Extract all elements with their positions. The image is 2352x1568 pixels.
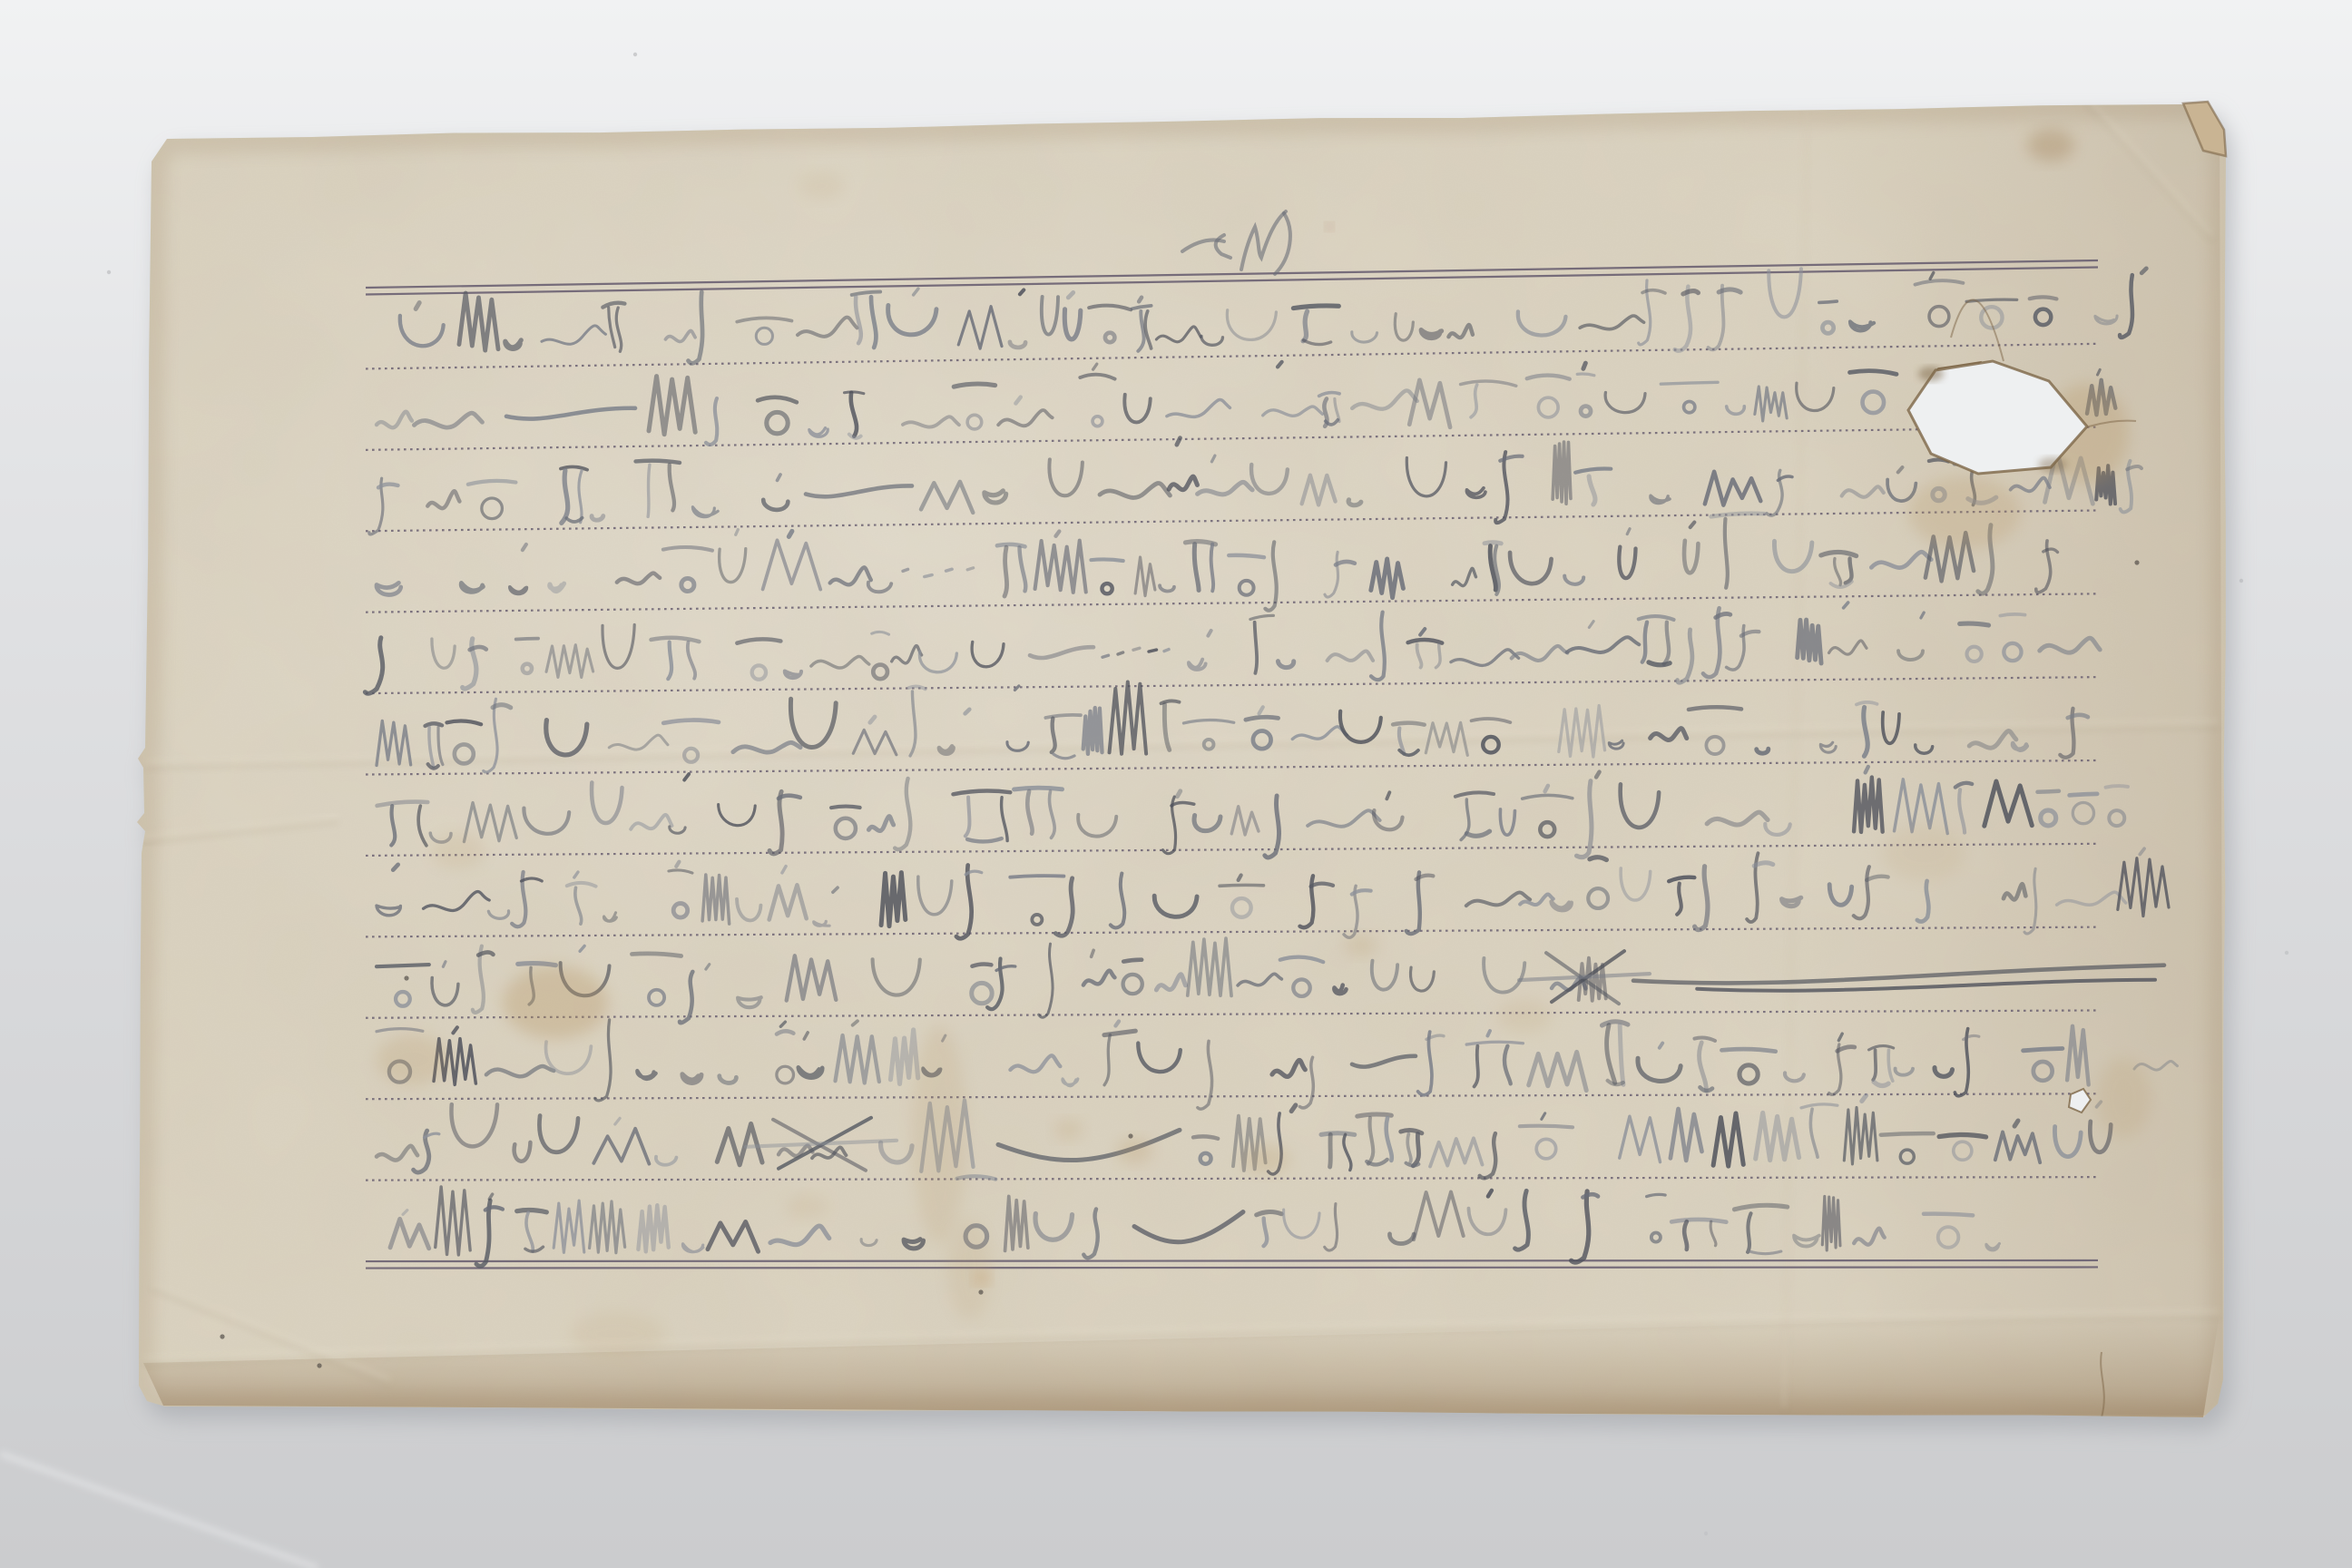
pen-stroke <box>1229 555 1264 557</box>
pen-stroke <box>1960 623 1989 625</box>
dust-speck <box>1704 1532 1708 1535</box>
pen-stroke <box>1819 301 1837 302</box>
pen-stroke <box>2030 297 2057 299</box>
pen-stroke <box>1661 382 1718 384</box>
stain <box>912 1025 966 1243</box>
pen-stroke <box>1939 1134 1986 1136</box>
pen-stroke <box>2070 794 2098 796</box>
stain <box>786 1194 829 1220</box>
pen-stroke <box>2106 786 2128 788</box>
pen-stroke <box>377 965 429 966</box>
pen-stroke <box>1583 363 1586 368</box>
pen-stroke <box>1123 960 1142 962</box>
stain <box>431 833 485 869</box>
pen-stroke <box>518 964 556 965</box>
dust-speck <box>2285 951 2288 955</box>
stain <box>570 1312 664 1356</box>
stain <box>1497 1000 1552 1033</box>
pen-stroke <box>1177 438 1181 445</box>
pen-stroke <box>1545 786 1548 791</box>
stain <box>2096 1058 2151 1138</box>
pen-stroke <box>2024 1048 2063 1050</box>
pen-stroke <box>416 303 419 309</box>
pen-stroke <box>1193 1136 1218 1138</box>
double-rule <box>366 1267 2098 1268</box>
stain <box>1882 826 1965 880</box>
pen-stroke <box>1115 1021 1119 1025</box>
pen-stroke <box>1649 662 1670 665</box>
pen-stroke <box>1004 547 1007 596</box>
speck <box>220 1334 224 1338</box>
stain <box>947 1220 991 1320</box>
pen-stroke <box>1239 875 1241 879</box>
speck <box>2134 560 2139 564</box>
pen-stroke <box>1683 291 1699 294</box>
pen-stroke <box>1102 655 1109 657</box>
pen-stroke <box>1357 1114 1392 1116</box>
pen-stroke <box>946 569 953 571</box>
pen-stroke <box>967 568 973 570</box>
stain <box>1242 1145 1289 1174</box>
photo-of-manuscript <box>0 0 2352 1568</box>
pen-stroke <box>1487 1031 1490 1035</box>
pen-stroke <box>632 954 681 956</box>
pen-stroke <box>1149 650 1157 652</box>
pen-stroke <box>1139 298 1142 302</box>
stain <box>974 1271 990 1284</box>
stain <box>377 1034 449 1085</box>
pen-stroke <box>1782 897 1801 906</box>
pen-stroke <box>636 461 680 463</box>
pen-stroke <box>1118 652 1123 654</box>
pen-stroke <box>1321 1133 1355 1135</box>
pen-stroke <box>516 639 538 640</box>
pen-stroke <box>1393 723 1425 725</box>
pen-stroke <box>1208 631 1210 636</box>
pen-stroke <box>789 531 791 536</box>
pen-stroke <box>1881 1133 1934 1135</box>
pen-stroke <box>1721 1049 1775 1052</box>
pen-stroke <box>1924 1214 1973 1216</box>
pen-stroke <box>1590 857 1607 860</box>
stain <box>503 966 608 1039</box>
stain <box>1908 476 2021 549</box>
pen-stroke <box>1014 788 1063 789</box>
pen-stroke <box>2037 791 2058 792</box>
speck <box>1128 1133 1132 1138</box>
speck <box>978 1289 983 1294</box>
pen-stroke <box>904 1240 923 1249</box>
pen-stroke <box>517 1210 547 1212</box>
pen-stroke <box>1010 876 1063 877</box>
pen-stroke <box>2000 614 2024 616</box>
pen-stroke <box>2014 1121 2018 1126</box>
stain <box>1326 223 1333 230</box>
pen-stroke <box>1293 306 1338 309</box>
pen-stroke <box>1220 885 1263 886</box>
manuscript-photo-svg <box>0 0 2352 1568</box>
pen-stroke <box>903 569 908 571</box>
right-fold-band <box>1784 98 2223 1416</box>
dust-speck <box>107 270 111 274</box>
tear-rim-shade <box>2038 457 2067 472</box>
stain <box>2027 129 2074 162</box>
double-rule <box>366 1260 2098 1261</box>
paper-surface <box>45 54 2241 1434</box>
pen-stroke <box>1091 559 1122 561</box>
pen-stroke <box>1520 1126 1573 1128</box>
pen-stroke <box>1133 648 1140 650</box>
pen-stroke <box>736 530 739 535</box>
stain <box>1345 935 1377 956</box>
pen-stroke <box>1303 311 1307 341</box>
pen-stroke <box>1596 772 1599 778</box>
dust-speck <box>2239 579 2243 583</box>
speck <box>404 975 408 980</box>
pen-stroke <box>925 575 932 577</box>
pen-stroke <box>831 807 860 808</box>
pen-stroke <box>1577 374 1594 376</box>
pen-stroke <box>648 465 650 516</box>
pen-stroke <box>972 964 991 965</box>
pen-stroke <box>1330 1134 1331 1167</box>
stain <box>798 172 845 200</box>
pen-stroke <box>676 862 679 867</box>
pen-stroke <box>1255 622 1257 673</box>
pen-stroke <box>1671 1220 1726 1222</box>
tear-rim-shade <box>1918 367 1944 381</box>
pen-stroke <box>1485 543 1501 544</box>
stain <box>1116 1138 1152 1163</box>
pen-stroke <box>1211 544 1213 592</box>
dust-speck <box>633 53 637 56</box>
pen-stroke <box>1177 791 1180 797</box>
pen-stroke <box>1092 950 1094 956</box>
stain <box>1054 1120 1083 1140</box>
speck <box>317 1363 321 1367</box>
pen-stroke <box>1164 650 1169 652</box>
pen-stroke <box>1866 767 1868 773</box>
